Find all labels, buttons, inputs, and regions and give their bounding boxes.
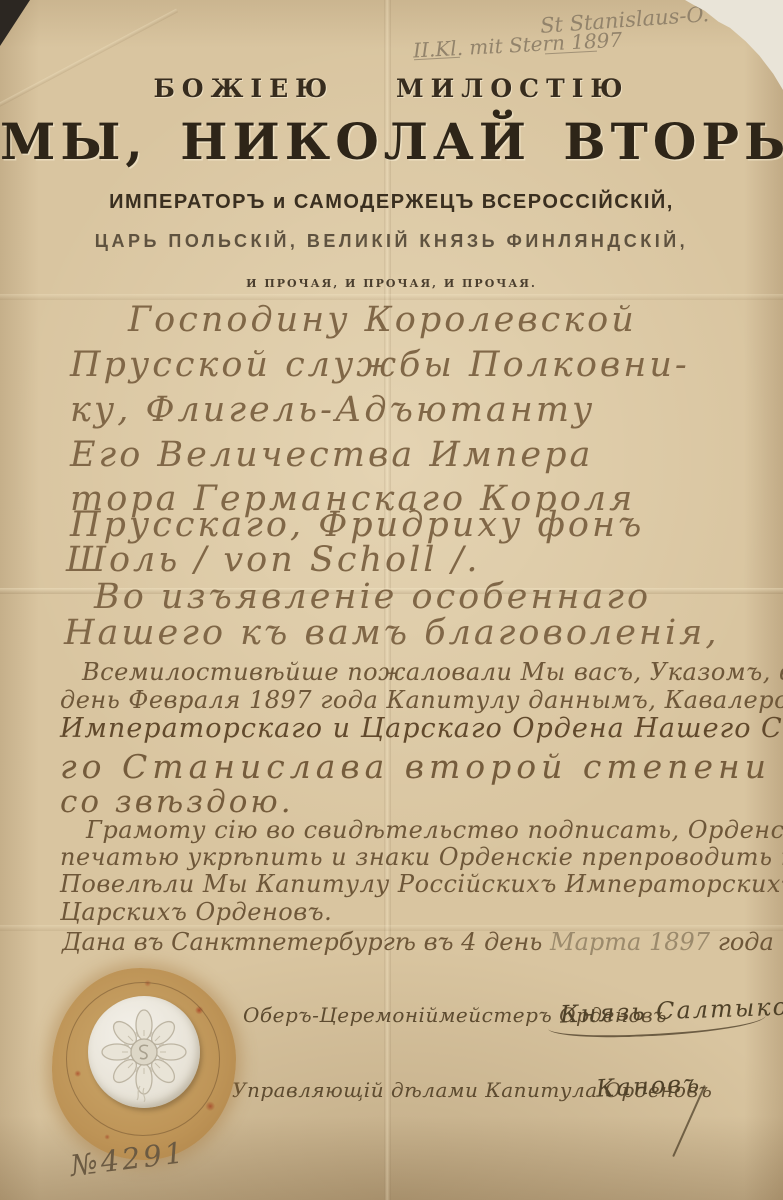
letterhead-tsar-title: ЦАРЬ ПОЛЬСКІЙ, ВЕЛИКІЙ КНЯЗЬ ФИНЛЯНДСКІЙ… — [0, 231, 783, 252]
address-line: Прусской службы Полковни- — [70, 348, 690, 383]
preamble-line: Во изъявленіе особеннаго — [94, 580, 651, 615]
address-line: Господину Королевской — [128, 303, 637, 338]
dateline-suffix: года — [718, 928, 774, 956]
dateline: Дана въ Санктпетербургѣ въ 4 день Марта … — [62, 930, 774, 954]
document-paper: St Stanislaus-O. II.Kl. mit Stern 1897 Б… — [0, 0, 783, 1200]
address-line: Его Величества Импера — [70, 438, 593, 473]
grant-line: день Февраля 1897 года Капитулу даннымъ,… — [60, 688, 783, 712]
seal-rosette-icon — [94, 1002, 194, 1102]
dateline-prefix: Дана въ Санктпетербургѣ въ 4 день — [62, 928, 542, 956]
grant-line: го Станислава второй степени — [60, 750, 771, 783]
address-line: Прусскаго, Фридриху фонъ — [70, 508, 644, 543]
preamble-line: Нашего къ вамъ благоволенія, — [64, 616, 719, 651]
instruction-line: Царскихъ Орденовъ. — [60, 900, 332, 924]
letterhead-by-gods-grace: БОЖІЕЮ МИЛОСТІЮ — [0, 74, 783, 103]
address-line: ку, Флигель-Адъютанту — [70, 393, 595, 428]
instruction-line: Повелѣли Мы Капитулу Россійскихъ Императ… — [60, 872, 783, 896]
embossed-paper-seal — [88, 996, 200, 1108]
grant-line: со звѣздою. — [60, 787, 294, 818]
dateline-month-year: Марта 1897 — [550, 928, 710, 956]
instruction-line: Грамоту сію во свидѣтельство подписать, … — [86, 818, 783, 842]
grant-line: Императорскаго и Царскаго Ордена Нашего … — [60, 715, 783, 742]
registry-number: №4291 — [68, 1135, 188, 1183]
letterhead-emperor-title: ИМПЕРАТОРЪ и САМОДЕРЖЕЦЪ ВСЕРОССІЙСКІЙ, — [0, 191, 783, 214]
letterhead-etcetera: И ПРОЧАЯ, И ПРОЧАЯ, И ПРОЧАЯ. — [0, 277, 783, 290]
grant-line: Всемилостивѣйше пожаловали Мы васъ, Указ… — [82, 660, 783, 684]
scanned-diploma-document: St Stanislaus-O. II.Kl. mit Stern 1897 Б… — [0, 0, 783, 1200]
letterhead-monarch-name: МЫ, НИКОЛАЙ ВТОРЫЙ, — [0, 112, 783, 171]
address-line: Шоль / von Scholl /. — [66, 543, 481, 578]
second-signature: Кановъ — [595, 1071, 701, 1100]
instruction-line: печатью укрѣпить и знаки Орденскіе препр… — [60, 845, 783, 869]
